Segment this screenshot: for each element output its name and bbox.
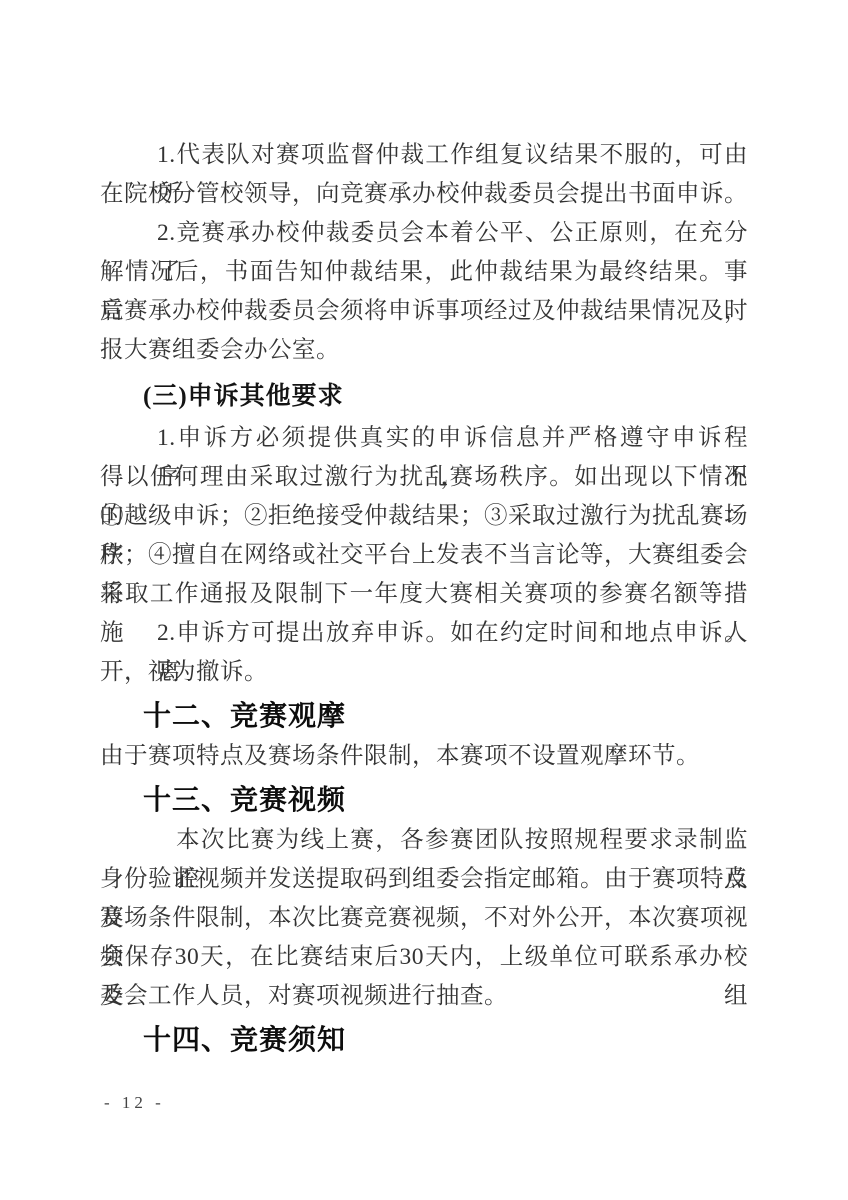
text-line: 身份验证视频并发送提取码到组委会指定邮箱。由于赛项特点及 bbox=[100, 860, 748, 899]
text-line: 本次比赛为线上赛，各参赛团队按照规程要求录制监控及 bbox=[100, 821, 748, 860]
document-body: 1.代表队对赛项监督仲裁工作组复议结果不服的，可由所在院校分管校领导，向竞赛承办… bbox=[100, 136, 748, 1061]
text-line: 在院校分管校领导，向竞赛承办校仲裁委员会提出书面申诉。 bbox=[100, 175, 748, 214]
page-number: - 12 - bbox=[104, 1093, 165, 1113]
section-heading: 十四、竞赛须知 bbox=[100, 1019, 748, 1061]
text-line: 由于赛项特点及赛场条件限制，本赛项不设置观摩环节。 bbox=[100, 737, 748, 776]
text-line: ①越级申诉；②拒绝接受仲裁结果；③采取过激行为扰乱赛场秩 bbox=[100, 497, 748, 536]
text-line: 1.代表队对赛项监督仲裁工作组复议结果不服的，可由所 bbox=[100, 136, 748, 175]
text-line: 2.申诉方可提出放弃申诉。如在约定时间和地点申诉人离 bbox=[100, 614, 748, 653]
text-line: 序；④擅自在网络或社交平台上发表不当言论等，大赛组委会将 bbox=[100, 536, 748, 575]
text-line: 会保存30天，在比赛结束后30天内，上级单位可联系承办校及组 bbox=[100, 938, 748, 977]
section-heading: (三)申诉其他要求 bbox=[100, 375, 748, 419]
text-line: 得以任何理由采取过激行为扰乱赛场秩序。如出现以下情况的： bbox=[100, 458, 748, 497]
text-line: 报大赛组委会办公室。 bbox=[100, 331, 748, 370]
text-line: 开，视为撤诉。 bbox=[100, 653, 748, 692]
section-heading: 十二、竞赛观摩 bbox=[100, 695, 748, 737]
text-line: 解情况后，书面告知仲裁结果，此仲裁结果为最终结果。事后， bbox=[100, 253, 748, 292]
section-heading: 十三、竞赛视频 bbox=[100, 779, 748, 821]
text-line: 竞赛承办校仲裁委员会须将申诉事项经过及仲裁结果情况及时 bbox=[100, 292, 748, 331]
text-line: 赛场条件限制，本次比赛竞赛视频，不对外公开，本次赛项视频 bbox=[100, 899, 748, 938]
document-page: 1.代表队对赛项监督仲裁工作组复议结果不服的，可由所在院校分管校领导，向竞赛承办… bbox=[0, 0, 848, 1200]
text-line: 1.申诉方必须提供真实的申诉信息并严格遵守申诉程序，不 bbox=[100, 419, 748, 458]
text-line: 2.竞赛承办校仲裁委员会本着公平、公正原则，在充分了 bbox=[100, 214, 748, 253]
text-line: 采取工作通报及限制下一年度大赛相关赛项的参赛名额等措施。 bbox=[100, 575, 748, 614]
